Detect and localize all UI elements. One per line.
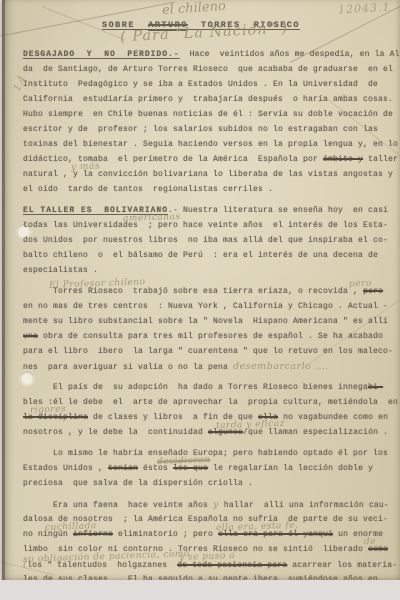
document-line: DESGAJADO Y NO PERDIDO.- Hace veintidos … (23, 47, 394, 62)
handwritten-note: y se puso a (179, 549, 236, 566)
document-line: nes para averiguar si valía o no la pena… (23, 359, 394, 374)
document-line: preciosa que salva de la dispersión crio… (23, 476, 394, 491)
document-line: tarda y eficaznosotros , y le debe la co… (23, 425, 394, 440)
document-line: rigoresla disciplina de clases y libros … (23, 410, 394, 425)
page-left-edge-shadow (2, 0, 5, 581)
typed-text-segment: le regalarían la lección doble y (208, 464, 373, 473)
document-line: Hubo siempre en Chile buenas noticias de… (23, 107, 394, 122)
handwritten-note: cuchillada (45, 519, 97, 536)
typed-text-segment: Instituto Pedagógico y se iba a Estados … (23, 80, 378, 89)
typed-text-segment: acarrear los materia- (287, 561, 397, 570)
document-line: especialistas . (23, 263, 394, 278)
document-line: California estudiaría primero y trabajar… (23, 92, 394, 107)
document-line: da de Santiago, de Arturo Torres Rioseco… (23, 62, 394, 77)
document-line: dos Unidos por nuestros libros no iba ma… (23, 233, 394, 248)
document-line: una obra de consulta para tres mil profe… (23, 329, 394, 344)
document-line: toxinas del bienestar . Seguía haciendo … (23, 137, 394, 152)
typed-text-segment: eliminatorio ; pero (113, 530, 218, 539)
handwritten-segment: desembarcarlo .... (233, 361, 329, 372)
scanner-background (0, 580, 400, 600)
typed-text-segment: didáctico, tomaba el perímetro de la Amé… (23, 155, 323, 164)
handwritten-note: y más (71, 159, 100, 175)
typed-text-segment: en no mas de tres centros : Nueva York ,… (23, 302, 388, 311)
document-line: El Profesor chilenopero Torres Rioseco t… (23, 284, 394, 299)
handwritten-note: rigores (30, 402, 67, 418)
handwritten-note: ella era, esta fe, (216, 519, 299, 537)
document-line: su obligación de paciencia, comoy se pus… (23, 557, 394, 572)
typed-text-segment: bles :él le debe el arte de aprovechar l… (23, 398, 398, 407)
typed-text-segment: preciosa que salva de la dispersión crio… (23, 479, 253, 488)
typed-text-segment: balto chileno o el bálsamo de Perú : era… (23, 251, 378, 260)
typed-text-segment: El país de su adopción ha dado a Torres … (23, 383, 368, 392)
typed-text-segment: obra de consulta para tres mil profesore… (38, 332, 383, 341)
struck-text-segment: tenían (108, 464, 138, 473)
document-line: americanastodas las Universidades ; pero… (23, 218, 394, 233)
document-line: escritor y de profesor ; los salarios su… (23, 122, 394, 137)
struck-text-segment: una (23, 332, 38, 341)
typed-text-segment: hallar allí una información cau- (219, 501, 389, 510)
handwritten-note: decidieron (156, 453, 210, 470)
document-line: y másnatural , y la convicción bolivaria… (23, 167, 394, 182)
handwritten-note: de (364, 535, 377, 550)
typed-text-segment: escritor y de profesor ; los salarios su… (23, 125, 378, 134)
typed-text-segment: California estudiaría primero y trabajar… (23, 95, 393, 104)
typed-text-segment: nosotros , y le debe la continuidad (23, 428, 208, 437)
typed-text-segment: no vagabundee como en (278, 413, 388, 422)
manuscript-page: 12043.1 1.4 el chileno SOBRE ARTURO TORR… (2, 0, 400, 581)
struck-text-segment: ámbito y (323, 155, 363, 164)
typed-text-segment: dos Unidos por nuestros libros no iba ma… (23, 236, 388, 245)
typed-text-segment: Era una faena hace veinte años (23, 501, 213, 510)
typed-text-segment: taller (363, 155, 398, 164)
handwritten-note: pero (349, 277, 372, 293)
typed-text-segment: mente su libro substancial sobre la " No… (23, 317, 388, 326)
typed-text-segment: el oído tardo de tantos regionalistas ce… (23, 185, 273, 194)
document-line: Instituto Pedagógico y se iba a Estados … (23, 77, 394, 92)
document-line: balto chileno o el bálsamo de Perú : era… (23, 248, 394, 263)
typed-text-segment: da de Santiago, de Arturo Torres Rioseco… (23, 65, 393, 74)
typed-text-segment: todas las Universidades ; pero hace vein… (23, 221, 388, 230)
typed-text-segment: especialistas . (23, 266, 98, 275)
document-line: en no mas de tres centros : Nueva York ,… (23, 299, 394, 314)
document-line: Era una faena hace veinte años y hallar … (23, 497, 394, 512)
typed-body: DESGAJADO Y NO PERDIDO.- Hace veintidos … (23, 41, 394, 587)
document-line: EL TALLER ES BOLIVARIANO.- Nuestra liter… (23, 203, 394, 218)
struck-text-segment: bi- (368, 383, 383, 392)
typed-text-segment: Hubo siempre en Chile buenas noticias de… (23, 110, 393, 119)
typed-text-segment: Hace veintidos años me despedía, en la A… (180, 50, 400, 59)
handwritten-note: americanas (123, 210, 181, 227)
title-block: el chileno SOBRE ARTURO TORRES RIOSECO (… (2, 14, 400, 32)
document-line: decidieronEstados Unidos , tenían éstos … (23, 461, 394, 476)
document-line: cuchilladaella era, esta fe,no ningún in… (23, 527, 394, 542)
document-line: mente su libro substancial sobre la " No… (23, 314, 394, 329)
typed-text-segment: toxinas del bienestar . Seguía haciendo … (23, 140, 398, 149)
typed-text-segment: .- Nuestra literatura se enseña hoy en c… (168, 206, 388, 215)
typed-text-segment: nes para averiguar si valía o no la pena (23, 363, 233, 372)
document-line: el oído tardo de tantos regionalistas ce… (23, 182, 394, 197)
section-heading: DESGAJADO Y NO PERDIDO.- (23, 50, 180, 59)
document-line: El país de su adopción ha dado a Torres … (23, 380, 394, 395)
document-line: bles :él le debe el arte de aprovechar l… (23, 395, 394, 410)
document-line: para el libro ibero la larga " cuarenten… (23, 344, 394, 359)
handwritten-title-correction: el chileno (162, 0, 227, 18)
typed-text-segment: para el libro ibero la larga " cuarenten… (23, 347, 393, 356)
typed-text-segment: Estados Unidos , (23, 464, 108, 473)
handwritten-note: tarda y eficaz (216, 417, 285, 434)
